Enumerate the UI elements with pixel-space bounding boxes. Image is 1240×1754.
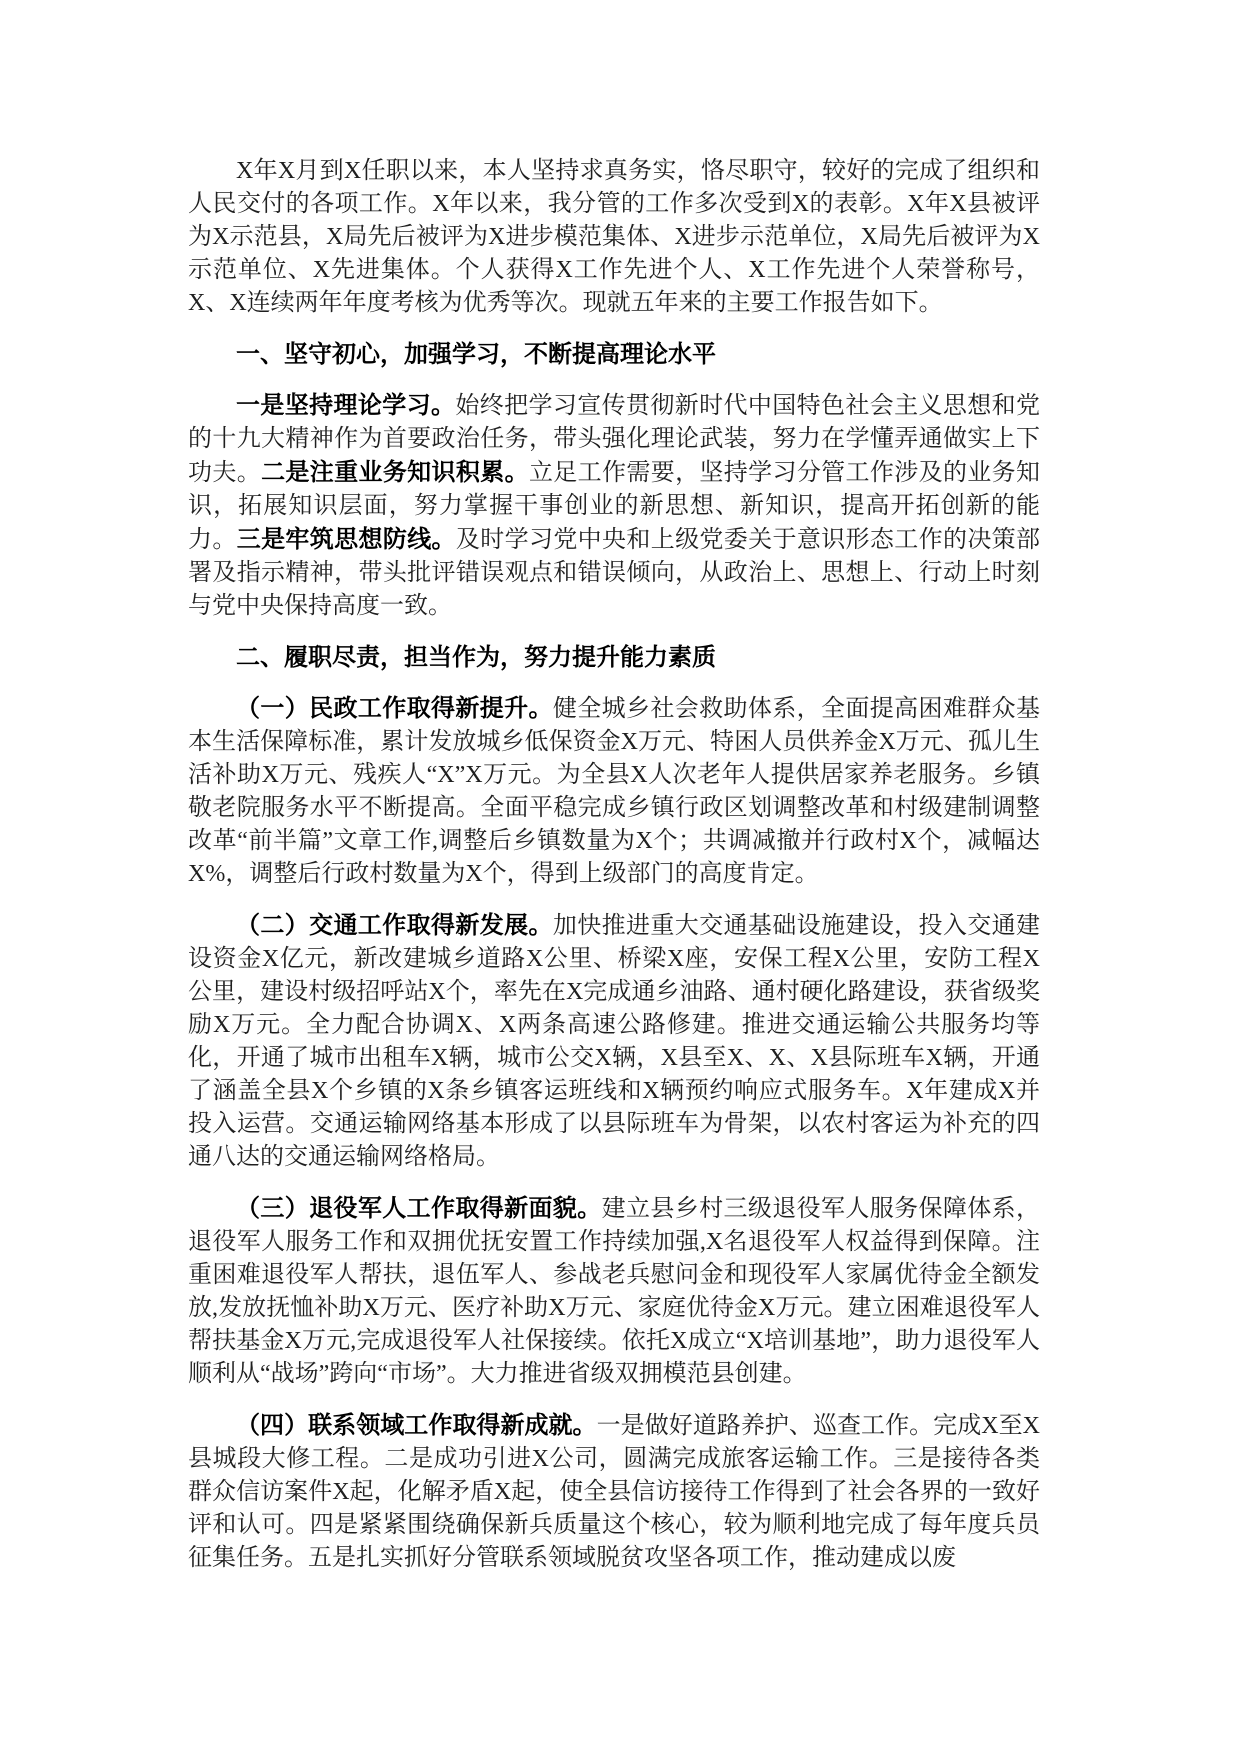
intro-text: X年X月到X任职以来，本人坚持求真务实，恪尽职守，较好的完成了组织和人民交付的各…: [188, 158, 1040, 316]
section-1-heading: 一、坚守初心，加强学习，不断提高理论水平: [188, 338, 1040, 371]
section-2-heading: 二、履职尽责，担当作为，努力提升能力素质: [188, 641, 1040, 674]
item-3-text: 建立县乡村三级退役军人服务保障体系，退役军人服务工作和双拥优抚安置工作持续加强,…: [188, 1196, 1040, 1387]
item-2-text: 加快推进重大交通基础设施建设，投入交通建设资金X亿元，新改建城乡道路X公里、桥梁…: [188, 913, 1040, 1170]
item-3-lead: （三）退役军人工作取得新面貌。: [236, 1195, 602, 1222]
item-4-lead: （四）联系领域工作取得新成就。: [236, 1412, 597, 1439]
item-2-lead: （二）交通工作取得新发展。: [236, 912, 553, 939]
intro-paragraph: X年X月到X任职以来，本人坚持求真务实，恪尽职守，较好的完成了组织和人民交付的各…: [188, 155, 1040, 320]
point-2-lead: 二是注重业务知识积累。: [261, 459, 529, 486]
section-1-paragraph: 一是坚持理论学习。始终把学习宣传贯彻新时代中国特色社会主义思想和党的十九大精神作…: [188, 389, 1040, 623]
achievement-paragraph-civil-affairs: （一）民政工作取得新提升。健全城乡社会救助体系，全面提高困难群众基本生活保障标准…: [188, 692, 1040, 891]
document-page: X年X月到X任职以来，本人坚持求真务实，恪尽职守，较好的完成了组织和人民交付的各…: [0, 0, 1240, 1754]
item-1-lead: （一）民政工作取得新提升。: [236, 695, 553, 722]
item-1-text: 健全城乡社会救助体系，全面提高困难群众基本生活保障标准，累计发放城乡低保资金X万…: [188, 696, 1040, 887]
point-1-lead: 一是坚持理论学习。: [236, 392, 455, 419]
achievement-paragraph-transportation: （二）交通工作取得新发展。加快推进重大交通基础设施建设，投入交通建设资金X亿元，…: [188, 909, 1040, 1174]
point-3-lead: 三是牢筑思想防线。: [237, 526, 456, 553]
achievement-paragraph-related-fields: （四）联系领域工作取得新成就。一是做好道路养护、巡查工作。完成X至X县城段大修工…: [188, 1409, 1040, 1575]
achievement-paragraph-veterans: （三）退役军人工作取得新面貌。建立县乡村三级退役军人服务保障体系，退役军人服务工…: [188, 1192, 1040, 1391]
